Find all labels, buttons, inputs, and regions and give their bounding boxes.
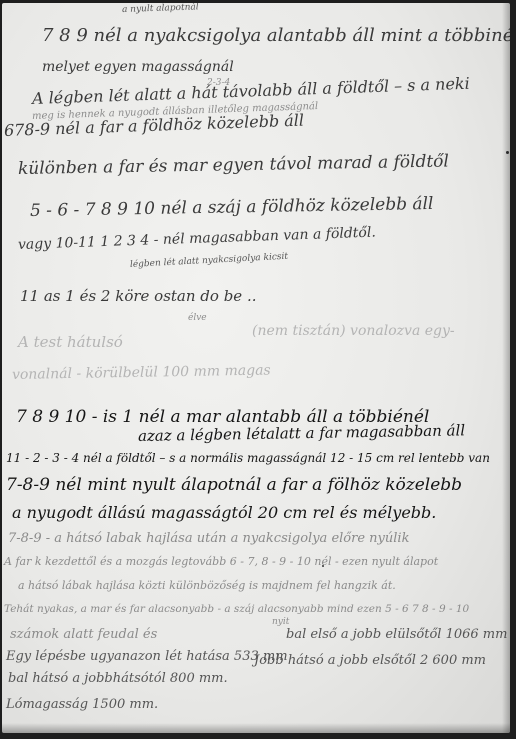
pencil-line-23b: bal első a jobb elülsőtől 1066 mm: [286, 627, 507, 642]
pencil-line-20: A far k kezdettől és a mozgás legtovább …: [4, 555, 438, 568]
pencil-line-24: Egy lépésbe ugyanazon lét hatása 533 mm: [6, 649, 288, 664]
page-edge-shadow: [2, 723, 510, 733]
pencil-line-22: Tehát nyakas, a mar és far alacsonyabb -…: [4, 603, 469, 615]
text-line-7: 5 - 6 - 7 8 9 10 nél a száj a földhöz kö…: [30, 194, 434, 221]
text-line-1: 7 8 9 nél a nyakcsigolya alantabb áll mi…: [42, 25, 510, 46]
page-edge-shadow: [502, 3, 510, 733]
text-line-6: különben a far és mar egyen távol marad …: [18, 151, 449, 179]
pencil-line-19: 7-8-9 - a hátsó labak hajlása után a nya…: [8, 531, 409, 546]
pencil-line-26: Lómagasság 1500 mm.: [6, 697, 158, 712]
pencil-line-12: A test hátulsó: [18, 333, 123, 351]
annotation-legben-let: légben lét alatt nyakcsigolya kicsit: [130, 252, 289, 270]
annotation-nyult-alapot: a nyult alapotnál: [122, 3, 199, 15]
ink-line-16: 11 - 2 - 3 - 4 nél a földtől – s a normá…: [6, 451, 490, 465]
manuscript-page: a nyult alapotnál 7 8 9 nél a nyakcsigol…: [2, 3, 510, 733]
pencil-line-25: bal hátsó a jobbhátsótól 800 mm.: [8, 671, 228, 686]
ink-spot: [322, 565, 324, 567]
pencil-line-24b: Jobb hátsó a jobb elsőtől 2 600 mm: [254, 653, 486, 668]
text-line-2: melyet egyen magasságnál: [42, 59, 234, 75]
pencil-line-21: a hátsó lábak hajlása közti különbözőség…: [18, 579, 396, 592]
annotation-nyit: nyit: [272, 617, 289, 627]
ink-line-17: 7-8-9 nél mint nyult álapotnál a far a f…: [6, 475, 462, 495]
text-line-10: 11 as 1 és 2 köre ostan do be ..: [20, 287, 256, 305]
text-line-8: vagy 10-11 1 2 3 4 - nél magasabban van …: [18, 225, 376, 253]
pencil-line-11: (nem tisztán) vonalozva egy-: [252, 323, 455, 339]
pencil-line-23: számok alatt feudal és: [10, 627, 157, 642]
ink-line-18: a nyugodt állású magasságtól 20 cm rel é…: [12, 503, 436, 522]
pencil-line-13: vonalnál - körülbelül 100 mm magas: [12, 362, 271, 383]
annotation-elve: élve: [188, 313, 207, 323]
